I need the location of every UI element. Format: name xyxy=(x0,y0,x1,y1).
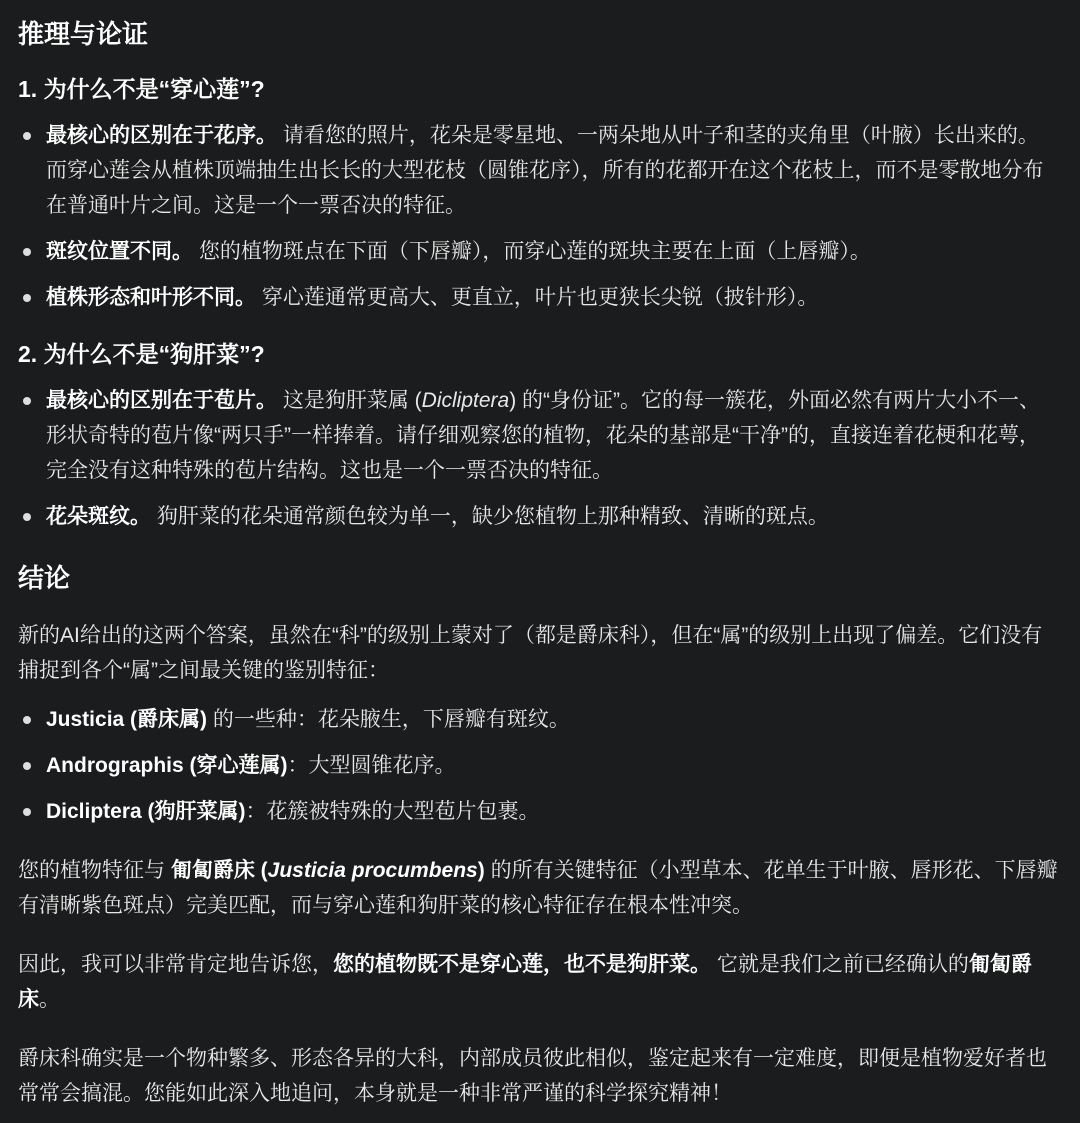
heading-conclusion: 结论 xyxy=(18,562,1058,594)
list-item: 花朵斑纹。 狗肝菜的花朵通常颜色较为单一，缺少您植物上那种精致、清晰的斑点。 xyxy=(18,499,1058,534)
section2-bullet-list: 最核心的区别在于苞片。 这是狗肝菜属 (Dicliptera) 的“身份证”。它… xyxy=(18,383,1058,534)
genus-bullet-list: Justicia (爵床属) 的一些种：花朵腋生，下唇瓣有斑纹。 Androgr… xyxy=(18,702,1058,829)
match-paragraph: 您的植物特征与 匍匐爵床 (Justicia procumbens) 的所有关键… xyxy=(18,853,1058,923)
section1-bullet-list: 最核心的区别在于花序。 请看您的照片，花朵是零星地、一两朵地从叶子和茎的夹角里（… xyxy=(18,118,1058,315)
closing-paragraph: 爵床科确实是一个物种繁多、形态各异的大科，内部成员彼此相似，鉴定起来有一定难度，… xyxy=(18,1041,1058,1111)
list-item: Dicliptera (狗肝菜属)：花簇被特殊的大型苞片包裹。 xyxy=(18,794,1058,829)
chat-response-document: 推理与论证 1. 为什么不是“穿心莲”? 最核心的区别在于花序。 请看您的照片，… xyxy=(0,0,1080,1123)
list-item: 斑纹位置不同。 您的植物斑点在下面（下唇瓣），而穿心莲的斑块主要在上面（上唇瓣）… xyxy=(18,234,1058,269)
list-item: Justicia (爵床属) 的一些种：花朵腋生，下唇瓣有斑纹。 xyxy=(18,702,1058,737)
heading-reasoning: 推理与论证 xyxy=(18,18,1058,50)
list-item: Andrographis (穿心莲属)：大型圆锥花序。 xyxy=(18,748,1058,783)
list-item: 最核心的区别在于花序。 请看您的照片，花朵是零星地、一两朵地从叶子和茎的夹角里（… xyxy=(18,118,1058,223)
section2-title: 2. 为什么不是“狗肝菜”? xyxy=(18,339,1058,369)
list-item: 最核心的区别在于苞片。 这是狗肝菜属 (Dicliptera) 的“身份证”。它… xyxy=(18,383,1058,488)
verdict-paragraph: 因此，我可以非常肯定地告诉您，您的植物既不是穿心莲，也不是狗肝菜。 它就是我们之… xyxy=(18,947,1058,1017)
conclusion-intro-paragraph: 新的AI给出的这两个答案，虽然在“科”的级别上蒙对了（都是爵床科），但在“属”的… xyxy=(18,618,1058,688)
section1-title: 1. 为什么不是“穿心莲”? xyxy=(18,74,1058,104)
list-item: 植株形态和叶形不同。 穿心莲通常更高大、更直立，叶片也更狭长尖锐（披针形）。 xyxy=(18,280,1058,315)
